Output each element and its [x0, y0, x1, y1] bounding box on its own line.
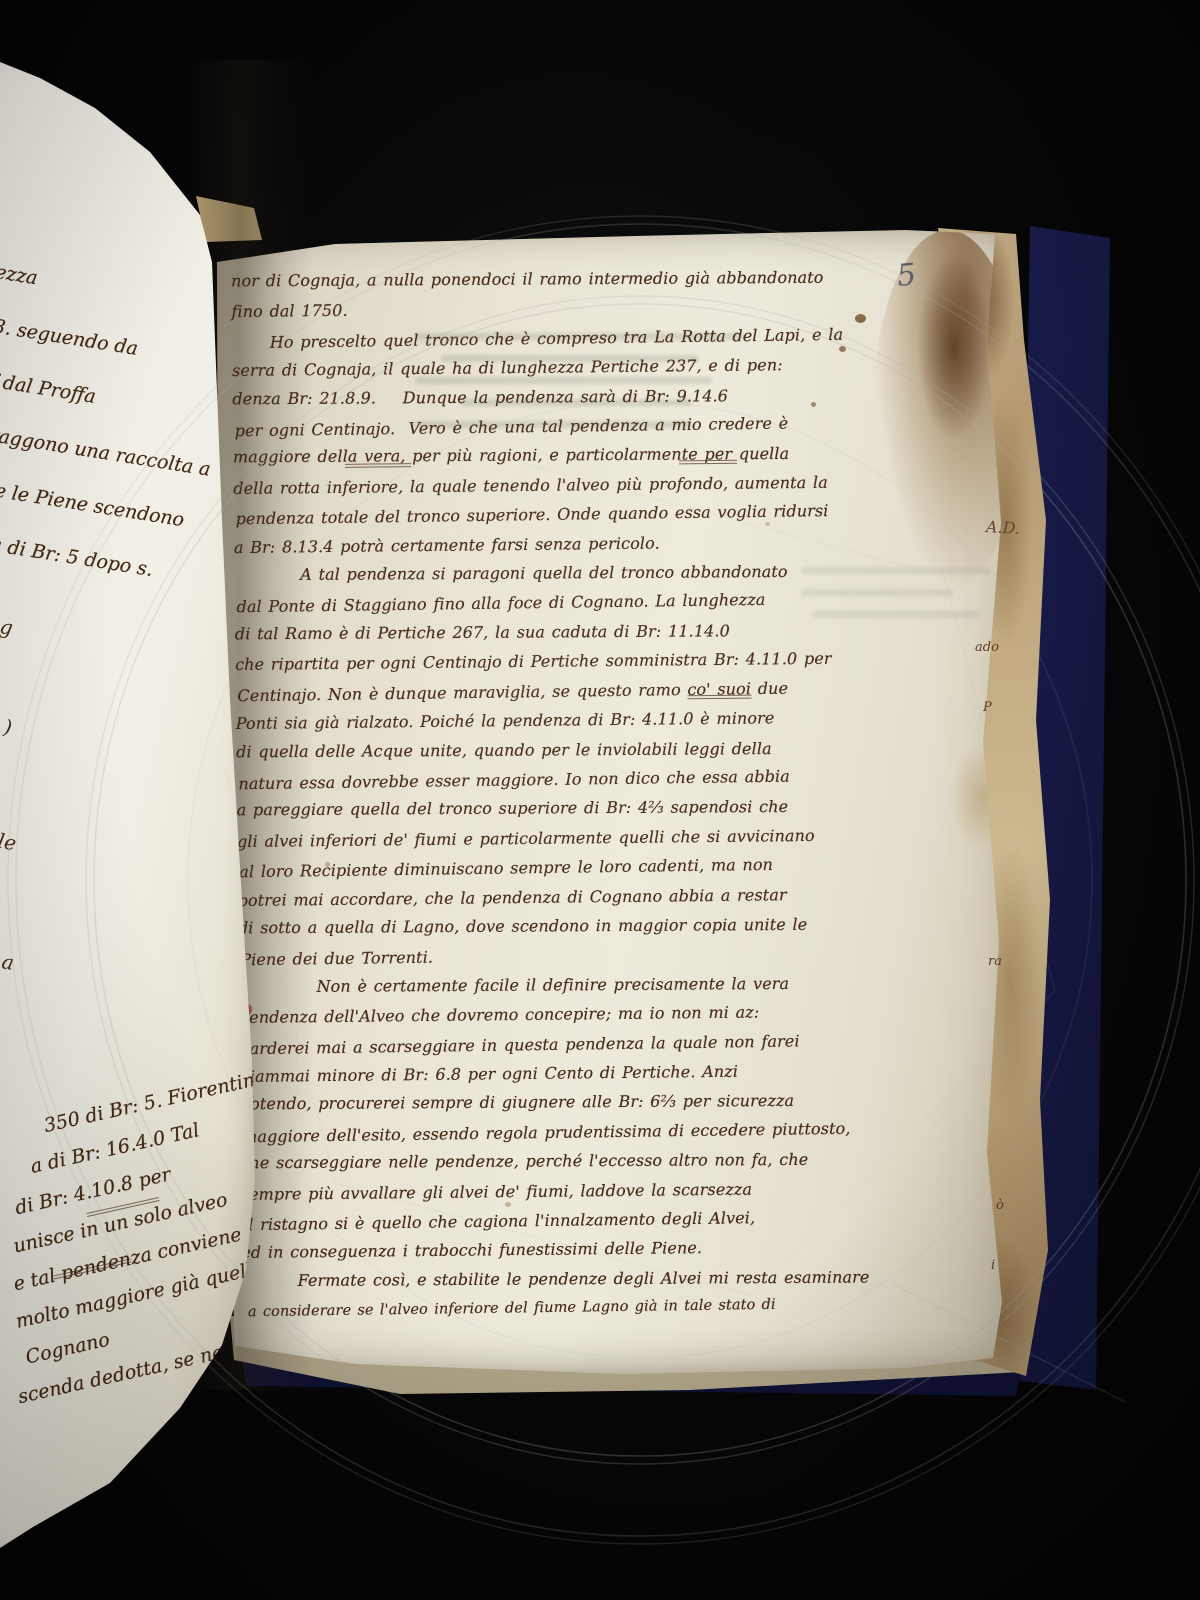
edge-fragment: ado [975, 640, 999, 655]
edge-fragment: ò [996, 1198, 1004, 1213]
edge-fragment: ra [988, 954, 1002, 969]
manuscript-line: di tal Ramo è di Pertiche 267, la sua ca… [235, 615, 995, 649]
edge-fragment: a [0, 949, 16, 975]
ink-underline [345, 463, 411, 468]
manuscript-photo: 5 nor di Cognaja, a nulla ponendoci il r… [0, 0, 1200, 1600]
manuscript-line: Non è certamente facile il definire prec… [238, 967, 998, 1001]
ink-underline [687, 695, 751, 700]
manuscript-line: che scarseggiare nelle pendenze, perché … [240, 1144, 1000, 1178]
manuscript-line: nor di Cognaja, a nulla ponendoci il ram… [231, 262, 991, 296]
edge-fragment: i [991, 1258, 995, 1273]
facing-page-bottom-fragments: 350 di Br: 5. Fiorentinea di Br: 16.4.0 … [0, 1054, 272, 1412]
edge-fragment: g [0, 614, 15, 640]
main-manuscript-page: 5 nor di Cognaja, a nulla ponendoci il r… [205, 222, 1047, 1378]
archivist-mark-ad: A.D. [986, 517, 1021, 538]
manuscript-text-block: nor di Cognaja, a nulla ponendoci il ram… [231, 260, 1002, 1348]
ink-underline [679, 460, 737, 465]
manuscript-line: a pareggiare quella del tronco superiore… [237, 791, 997, 825]
edge-fragment: ) [2, 715, 14, 740]
edge-fragment: le [0, 829, 18, 856]
manuscript-lines: nor di Cognaja, a nulla ponendoci il ram… [231, 260, 1002, 1327]
edge-fragment: P [983, 700, 992, 715]
